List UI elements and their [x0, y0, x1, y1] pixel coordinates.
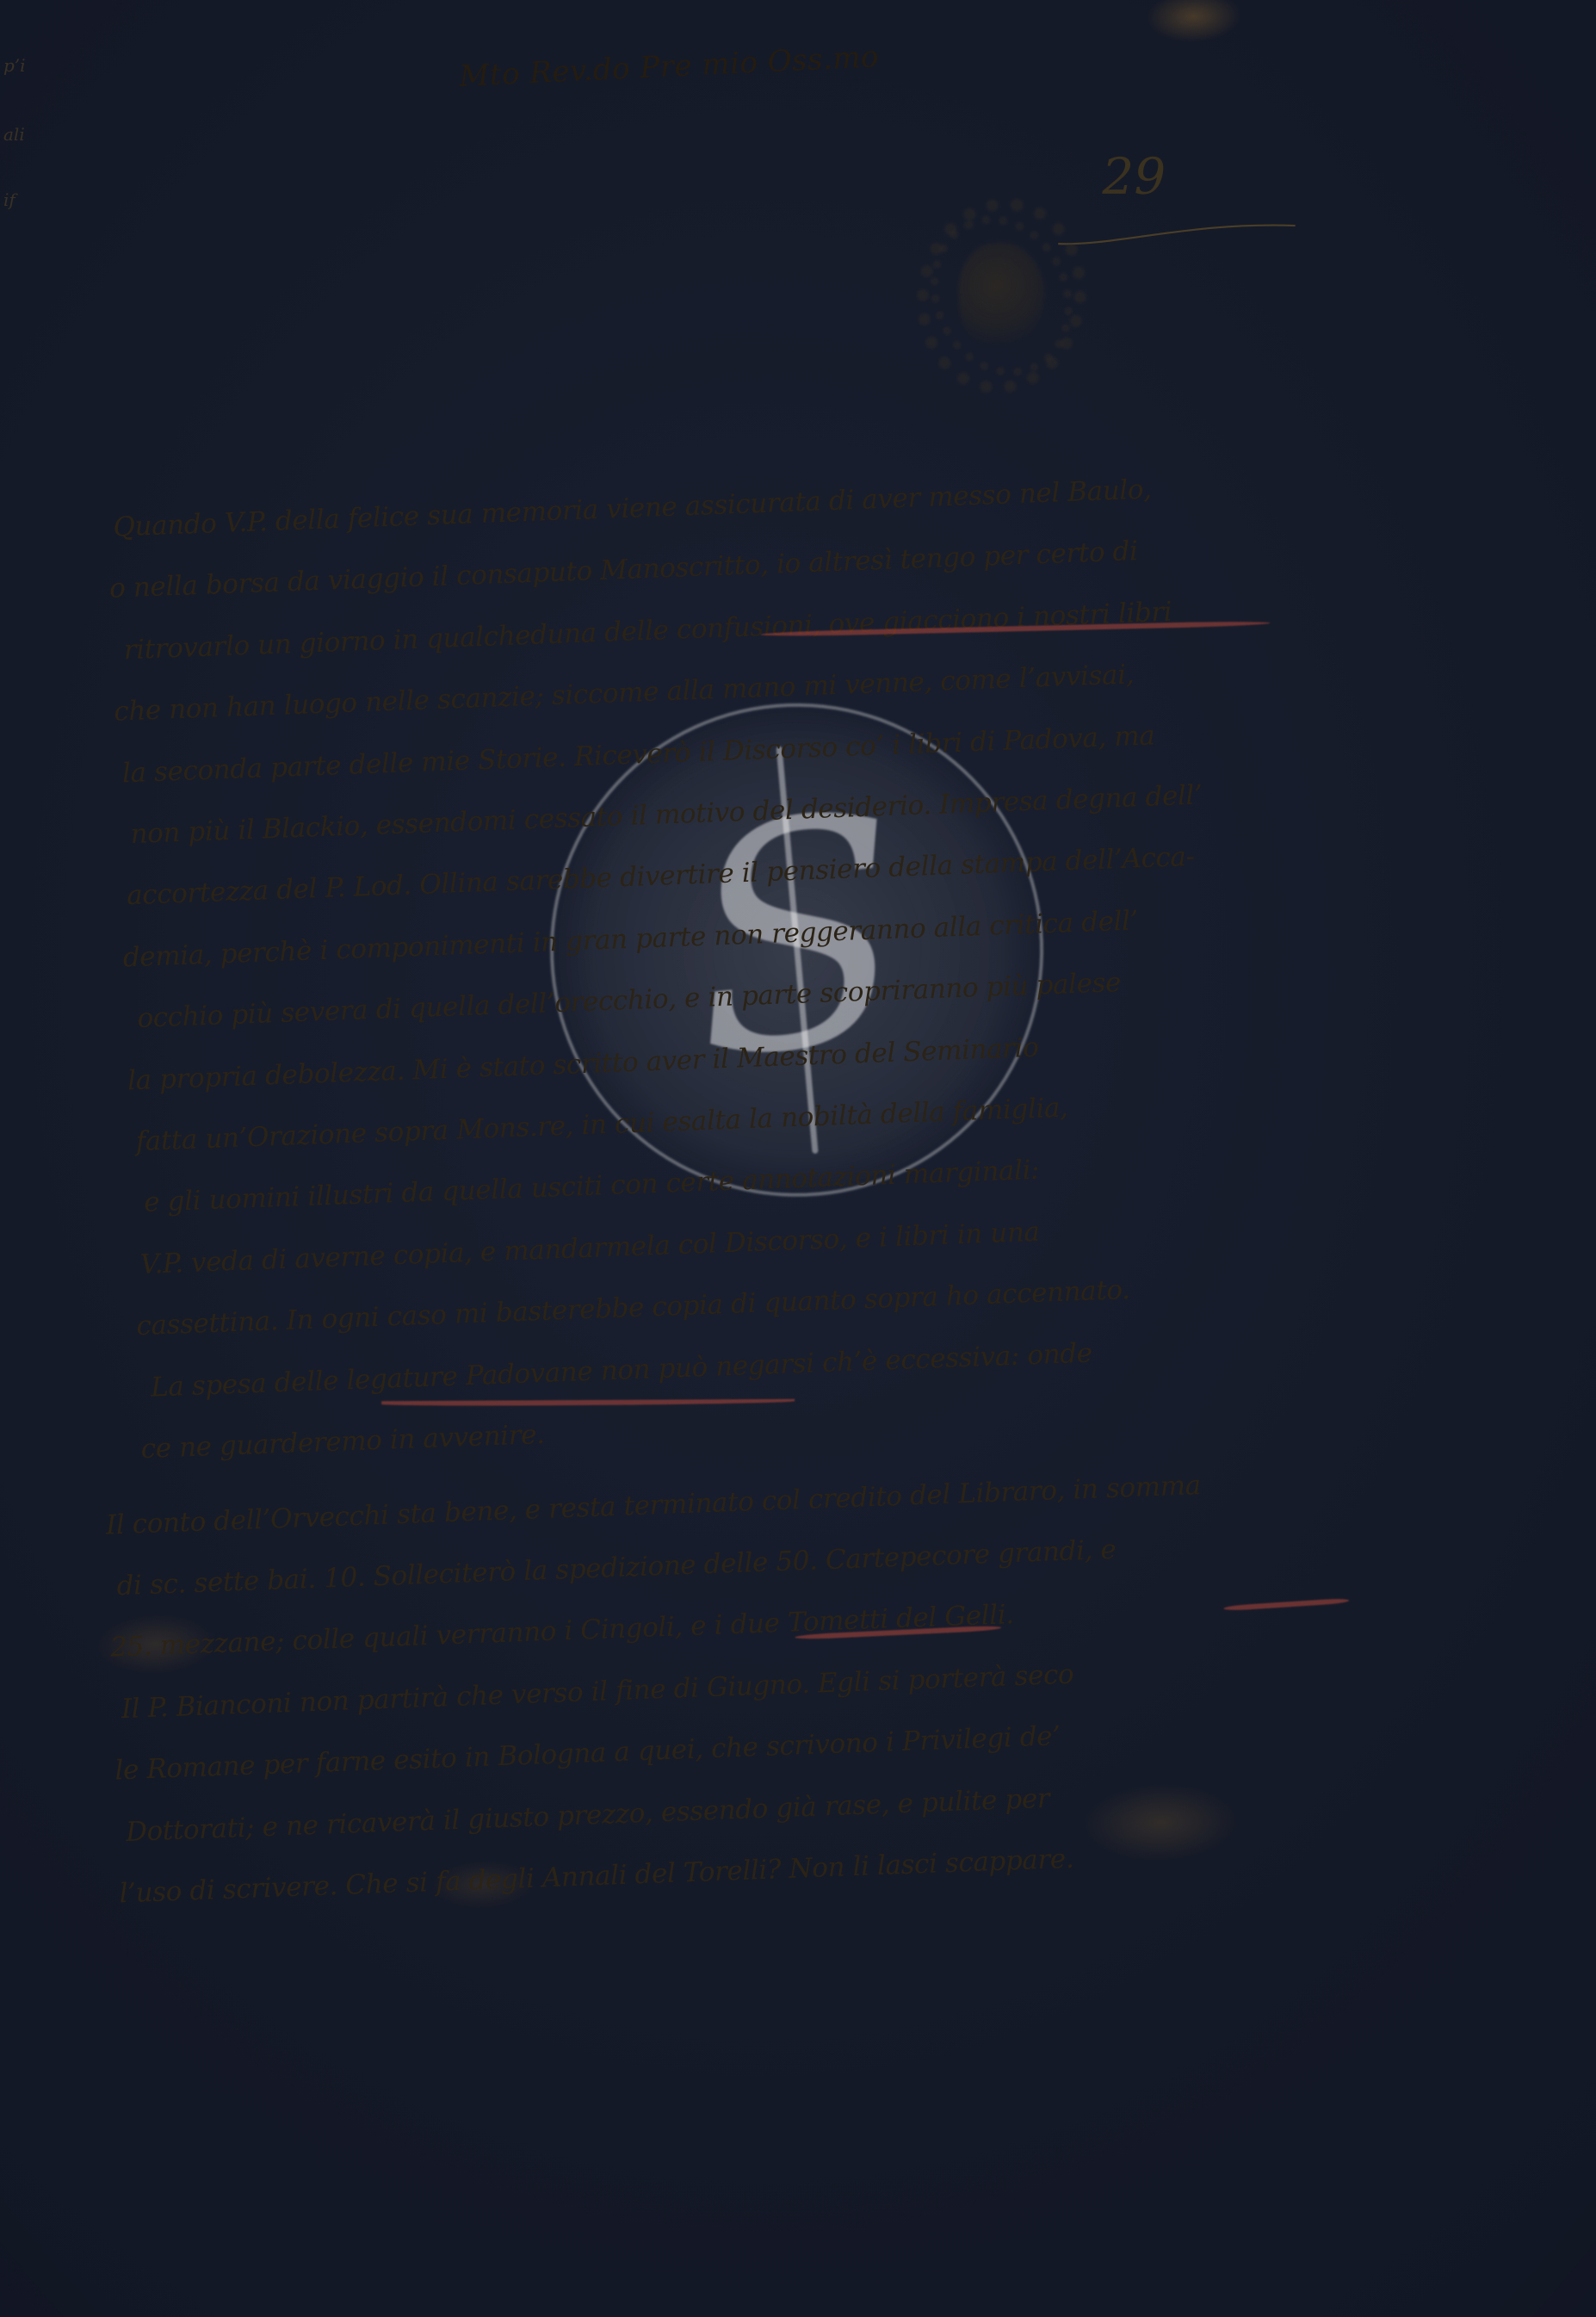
cut-text-fragment: z	[25, 632, 35, 651]
foxing-stain	[1146, 0, 1242, 44]
cut-text-fragment: e	[22, 516, 34, 535]
cut-text-fragment: p’i	[3, 57, 26, 74]
cut-text-fragment: ba	[56, 1746, 80, 1766]
red-pencil-mark	[67, 432, 138, 438]
cut-text-fragment: io	[34, 994, 53, 1013]
page-number-underline-flourish	[1054, 211, 1301, 252]
cut-text-fragment: ma	[45, 1350, 75, 1370]
letter-body: Quando V.P. della felice sua memoria vie…	[106, 454, 1345, 1924]
cut-text-fragment: if	[3, 191, 15, 208]
letter-salutation: Mto Rev.do Pre mio Oss.mo	[459, 40, 880, 95]
cut-text-fragment: ali	[3, 126, 25, 143]
cut-text-fragment: iz	[18, 395, 34, 415]
cut-text-fragment: bi	[28, 765, 47, 785]
cut-text-fragment: ini	[41, 1238, 66, 1258]
cut-text-fragment: : 10	[53, 1621, 77, 1660]
cut-text-fragment: li	[31, 873, 44, 892]
cut-text-fragment: e	[50, 1549, 62, 1568]
photograph-of-manuscript: p’i ali if lo iz e z bi li io ini ma e :…	[0, 0, 1596, 2317]
cut-text-fragment: lo	[15, 283, 33, 303]
paragraph: Quando V.P. della felice sua memoria vie…	[106, 454, 1329, 1480]
page-number: 29	[1102, 152, 1166, 201]
paragraph: Il conto dell’Orvecchi sta bene, e resta…	[105, 1450, 1345, 1925]
ink-stamp	[913, 195, 1089, 397]
